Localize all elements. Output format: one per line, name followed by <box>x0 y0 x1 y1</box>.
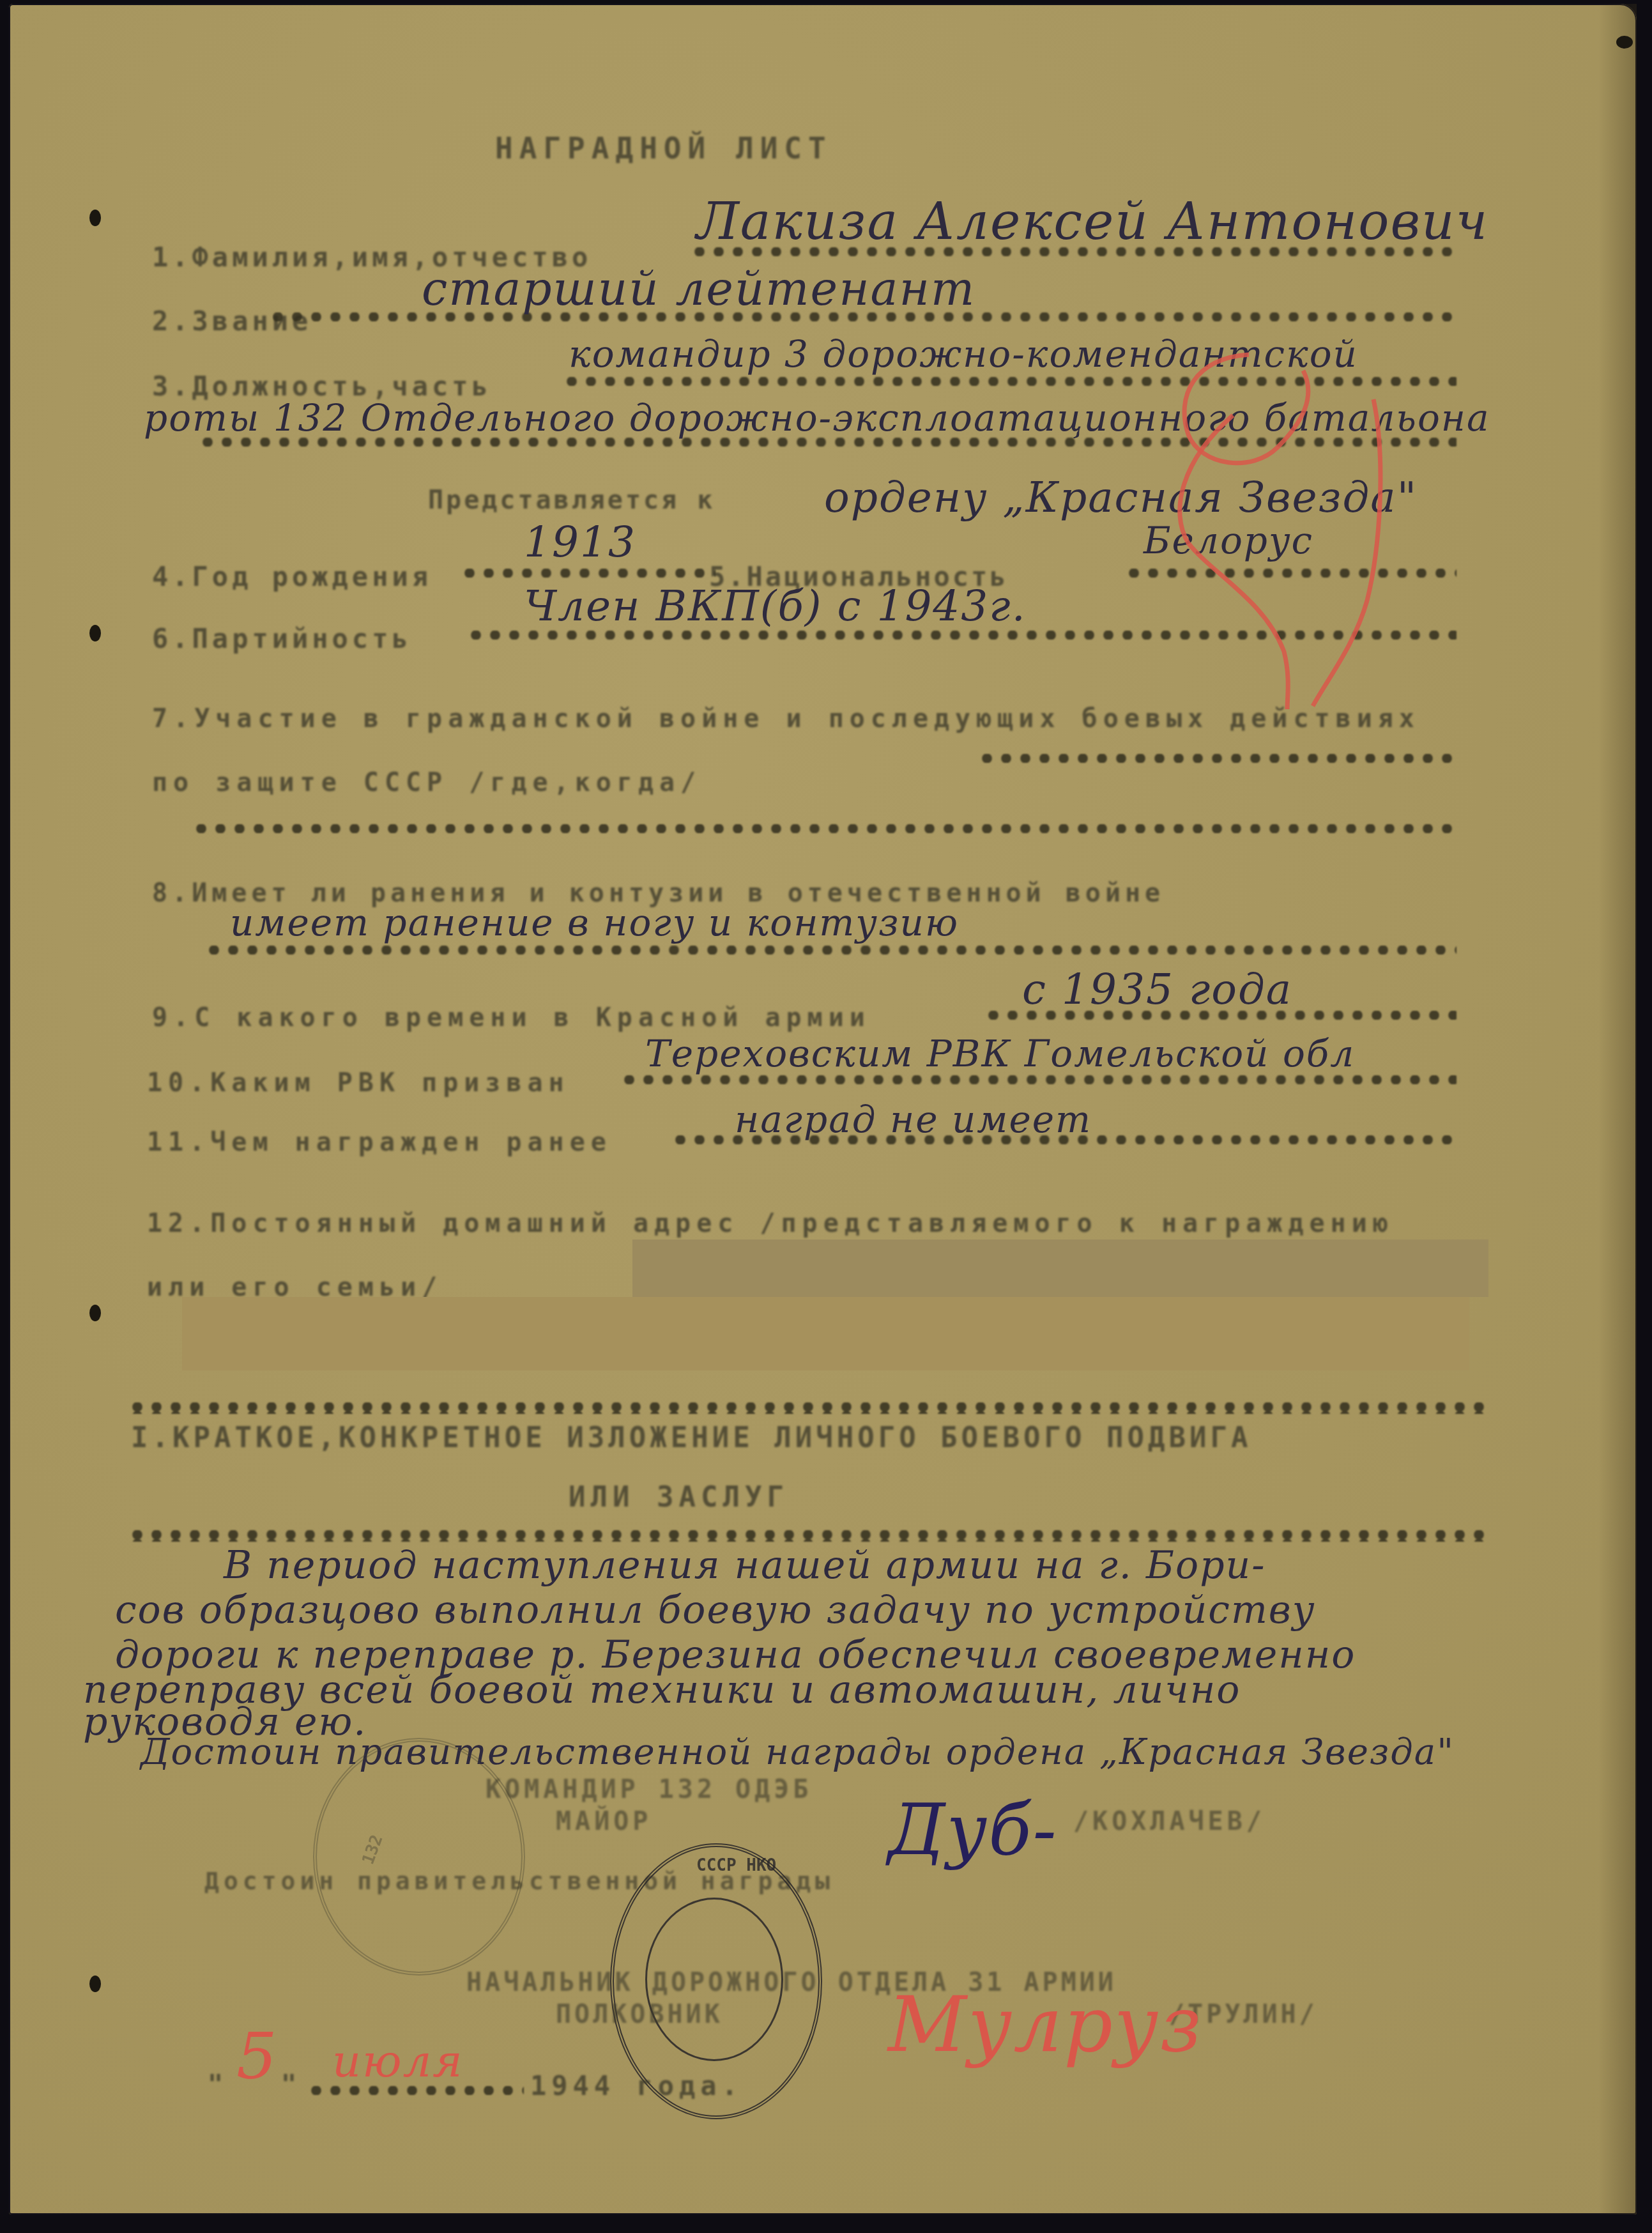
red-pencil-number-mark: 9 <box>0 0 1652 2233</box>
svg-text:9: 9 <box>1252 442 1256 449</box>
